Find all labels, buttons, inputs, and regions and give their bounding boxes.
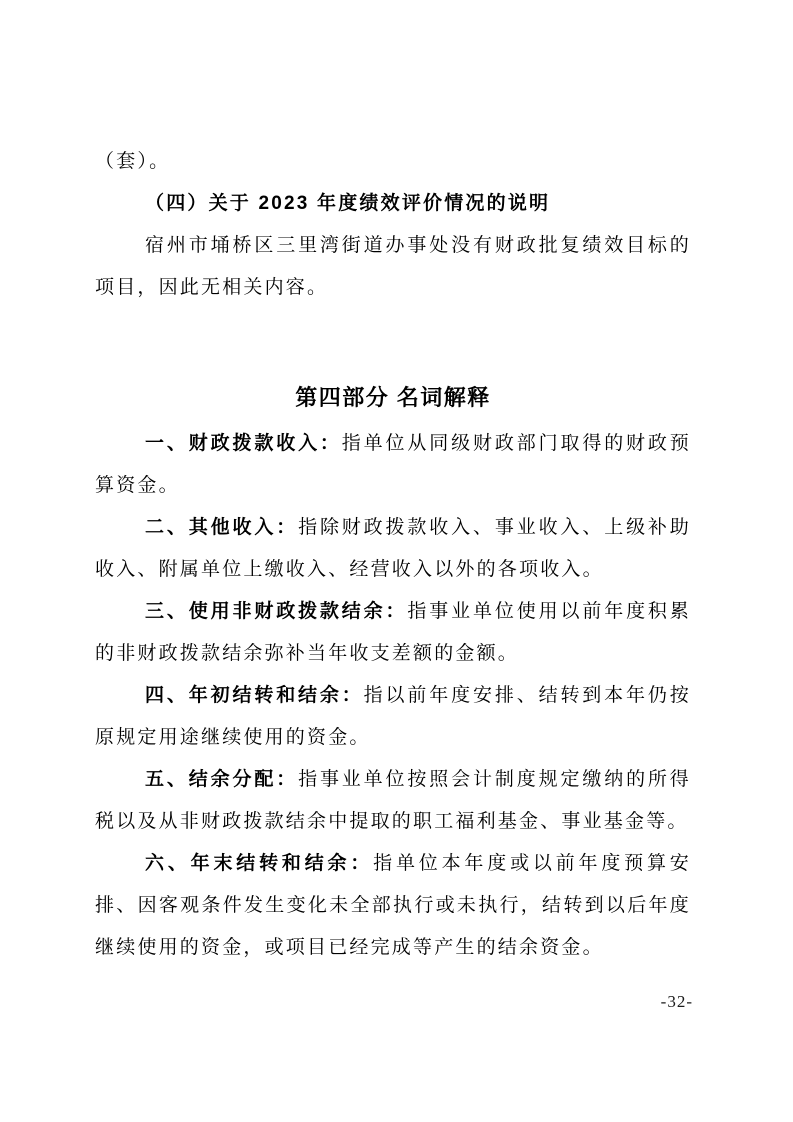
term-label: 一、财政拨款收入： — [145, 433, 342, 454]
heading-part-four-glossary: 第四部分 名词解释 — [95, 376, 691, 420]
term-paragraph: 三、使用非财政拨款结余：指事业单位使用以前年度积累的非财政拨款结余弥补当年收支差… — [95, 591, 691, 675]
term-paragraph: 六、年末结转和结余：指单位本年度或以前年度预算安排、因客观条件发生变化未全部执行… — [95, 843, 691, 969]
page-number: -32- — [661, 992, 693, 1012]
term-paragraph: 四、年初结转和结余：指以前年度安排、结转到本年仍按原规定用途继续使用的资金。 — [95, 675, 691, 759]
paragraph-continuation-fragment: （套）。 — [95, 141, 691, 183]
heading-performance-evaluation: （四）关于 2023 年度绩效评价情况的说明 — [95, 183, 691, 225]
term-paragraph: 一、财政拨款收入：指单位从同级财政部门取得的财政预算资金。 — [95, 423, 691, 507]
term-label: 四、年初结转和结余： — [145, 685, 364, 706]
paragraph-performance-evaluation-body: 宿州市埇桥区三里湾街道办事处没有财政批复绩效目标的项目，因此无相关内容。 — [95, 225, 691, 309]
term-label: 二、其他收入： — [145, 517, 298, 538]
term-paragraph: 二、其他收入：指除财政拨款收入、事业收入、上级补助收入、附属单位上缴收入、经营收… — [95, 507, 691, 591]
term-label: 三、使用非财政拨款结余： — [145, 601, 407, 622]
term-label: 六、年末结转和结余： — [145, 853, 373, 874]
term-paragraph: 五、结余分配：指事业单位按照会计制度规定缴纳的所得税以及从非财政拨款结余中提取的… — [95, 759, 691, 843]
term-label: 五、结余分配： — [145, 769, 298, 790]
document-content: （套）。 （四）关于 2023 年度绩效评价情况的说明 宿州市埇桥区三里湾街道办… — [95, 141, 691, 969]
document-page: （套）。 （四）关于 2023 年度绩效评价情况的说明 宿州市埇桥区三里湾街道办… — [0, 0, 793, 1122]
